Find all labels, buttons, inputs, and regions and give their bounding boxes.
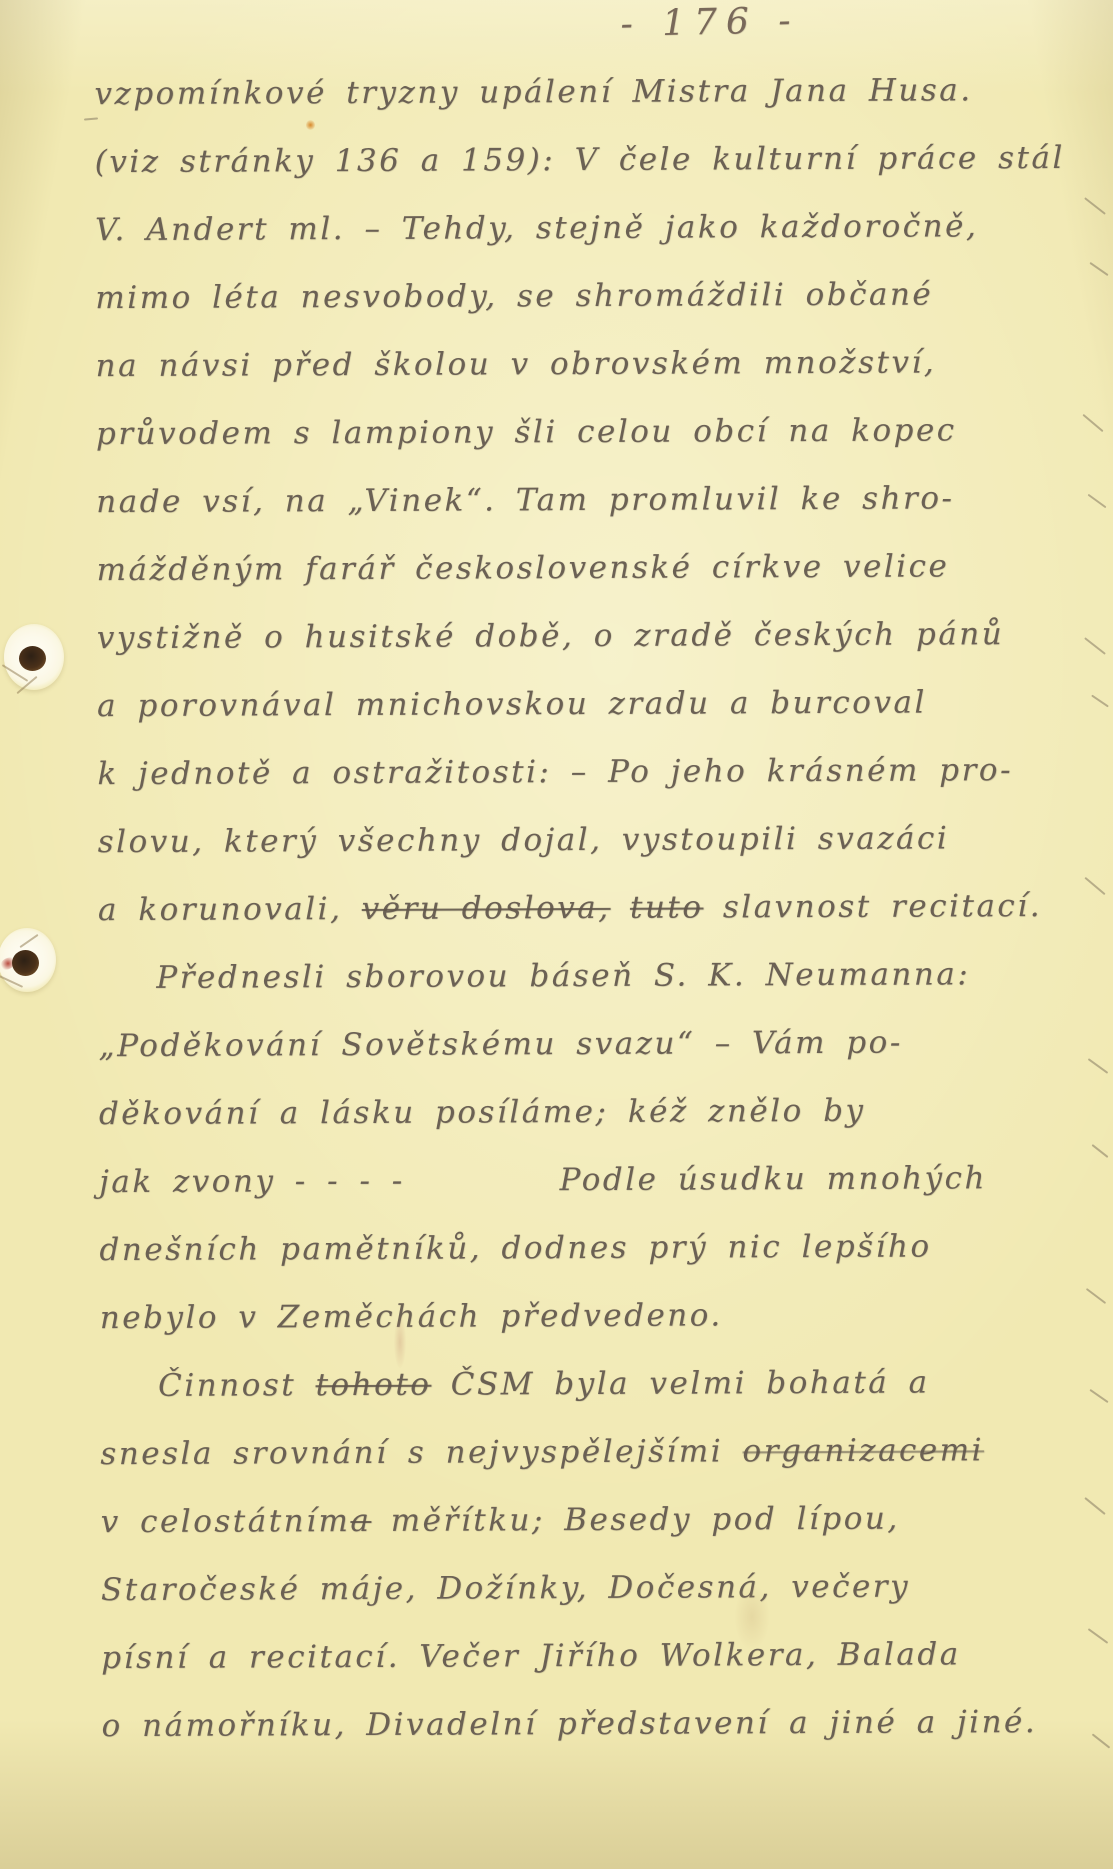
handwritten-segment: nade vsí, na „Vinek“. Tam promluvil ke s… [96,480,954,520]
handwritten-segment: organizacemi [742,1432,984,1469]
handwritten-segment: ČSM byla velmi bohatá a [431,1365,929,1403]
edge-pencil-mark [1091,695,1109,708]
edge-pencil-mark [1084,877,1105,895]
handwritten-line: (viz stránky 136 a 159): V čele kulturní… [95,124,1080,196]
handwritten-line: děkování a lásku posíláme; kéž znělo by [99,1076,1084,1148]
edge-pencil-mark [1089,262,1108,276]
handwritten-line: slovu, který všechny dojal, vystoupili s… [98,804,1083,876]
handwritten-segment: V. Andert ml. – Tehdy, stejně jako každo… [95,208,978,248]
handwritten-segment: k jednotě a ostražitosti: – Po jeho krás… [97,752,1013,792]
handwritten-segment: snesla srovnání s nejvyspělejšími [100,1433,742,1472]
handwritten-segment: měřítku; Besedy pod lípou, [371,1501,899,1539]
handwritten-line: Přednesli sborovou báseň S. K. Neumanna: [98,940,1083,1012]
edge-pencil-mark [1088,1058,1109,1074]
page-number: - 176 - [560,0,861,46]
paper-stain [394,1316,406,1368]
handwritten-line: a porovnával mnichovskou zradu a burcova… [97,668,1082,740]
handwritten-segment: průvodem s lampiony šli celou obcí na ko… [96,412,957,452]
handwritten-line: Staročeské máje, Dožínky, Dočesná, večer… [101,1552,1086,1624]
handwritten-line: dnešních pamětníků, dodnes prý nic lepší… [99,1212,1084,1284]
handwritten-segment: vzpomínkové tryzny upálení Mistra Jana H… [94,72,972,112]
handwritten-segment: mážděným farář československé církve vel… [96,548,949,588]
punch-hole [4,624,64,690]
paper-stain [735,1585,769,1649]
handwritten-line: nade vsí, na „Vinek“. Tam promluvil ke s… [96,464,1081,536]
punch-hole-opening [12,950,39,976]
paper-stain [306,120,315,130]
handwritten-segment: a porovnával mnichovskou zradu a burcova… [97,685,927,725]
handwritten-line: Činnost tohoto ČSM byla velmi bohatá a [100,1348,1085,1420]
handwritten-segment: věru doslova, [362,890,611,927]
handwritten-segment: v celostátním [101,1503,351,1540]
handwritten-segment: mimo léta nesvobody, se shromáždili obča… [95,276,933,316]
handwritten-segment: děkování a lásku posíláme; kéž znělo by [99,1093,866,1132]
handwritten-segment: jak zvony - - - - Podle úsudku mnohých [99,1160,987,1200]
handwritten-line: „Poděkování Sovětskému svazu“ – Vám po- [98,1008,1083,1080]
handwritten-line: vzpomínkové tryzny upálení Mistra Jana H… [94,56,1079,128]
handwritten-segment: a korunovali, [98,891,362,928]
edge-pencil-mark [1082,414,1103,432]
scanned-page: { "page": { "number_label": "- 176 -" },… [0,0,1113,1869]
handwritten-line: V. Andert ml. – Tehdy, stejně jako každo… [95,192,1080,264]
handwritten-line: průvodem s lampiony šli celou obcí na ko… [96,396,1081,468]
handwritten-segment: písní a recitací. Večer Jiřího Wolkera, … [101,1636,961,1676]
handwritten-segment: tohoto [315,1367,431,1404]
handwritten-segment [610,890,630,926]
handwritten-line: písní a recitací. Večer Jiřího Wolkera, … [101,1620,1086,1692]
handwritten-segment: slovu, který všechny dojal, vystoupili s… [98,820,950,860]
handwritten-line: nebylo v Zeměchách předvedeno. [100,1280,1085,1352]
edge-pencil-mark [1089,1389,1108,1403]
handwritten-line: v celostátníma měřítku; Besedy pod lípou… [101,1484,1086,1556]
edge-pencil-mark [1092,1144,1109,1158]
edge-pencil-mark [1084,197,1106,215]
handwritten-line: mimo léta nesvobody, se shromáždili obča… [95,260,1080,332]
handwritten-line: o námořníku, Divadelní představení a jin… [101,1688,1086,1760]
handwritten-segment: Staročeské máje, Dožínky, Dočesná, večer… [101,1569,910,1609]
handwritten-line: snesla srovnání s nejvyspělejšími organi… [100,1416,1085,1488]
handwritten-segment: (viz stránky 136 a 159): V čele kulturní… [95,140,1065,180]
handwritten-line: a korunovali, věru doslova, tuto slavnos… [98,872,1083,944]
handwritten-segment: na návsi před školou v obrovském množstv… [96,344,937,384]
edge-pencil-mark [1084,637,1106,655]
handwritten-text: vzpomínkové tryzny upálení Mistra Jana H… [94,56,1086,1760]
edge-pencil-mark [1086,1288,1106,1304]
edge-pencil-mark [1084,1497,1105,1515]
handwritten-segment: o námořníku, Divadelní představení a jin… [101,1704,1037,1744]
handwritten-line: vystižně o husitské době, o zradě českýc… [97,600,1082,672]
handwritten-segment: slavnost recitací. [703,888,1042,925]
punch-hole-opening [19,646,46,671]
handwritten-segment: dnešních pamětníků, dodnes prý nic lepší… [99,1229,931,1269]
handwritten-segment: tuto [630,890,704,926]
handwritten-segment: „Poděkování Sovětskému svazu“ – Vám po- [99,1025,903,1065]
edge-pencil-mark [1092,1733,1111,1748]
handwritten-line: mážděným farář československé církve vel… [96,532,1081,604]
handwritten-segment: Činnost [158,1367,316,1404]
handwritten-line: jak zvony - - - - Podle úsudku mnohých [99,1144,1084,1216]
handwritten-line: na návsi před školou v obrovském množstv… [95,328,1080,400]
punch-hole [0,928,56,992]
handwritten-segment: a [350,1503,371,1539]
handwritten-segment: nebylo v Zeměchách předvedeno. [100,1297,723,1336]
edge-pencil-mark [1088,1628,1109,1644]
handwritten-segment: Přednesli sborovou báseň S. K. Neumanna: [156,956,970,996]
handwritten-segment: vystižně o husitské době, o zradě českýc… [97,616,1005,656]
handwritten-line: k jednotě a ostražitosti: – Po jeho krás… [97,736,1082,808]
edge-pencil-mark [1088,494,1107,509]
